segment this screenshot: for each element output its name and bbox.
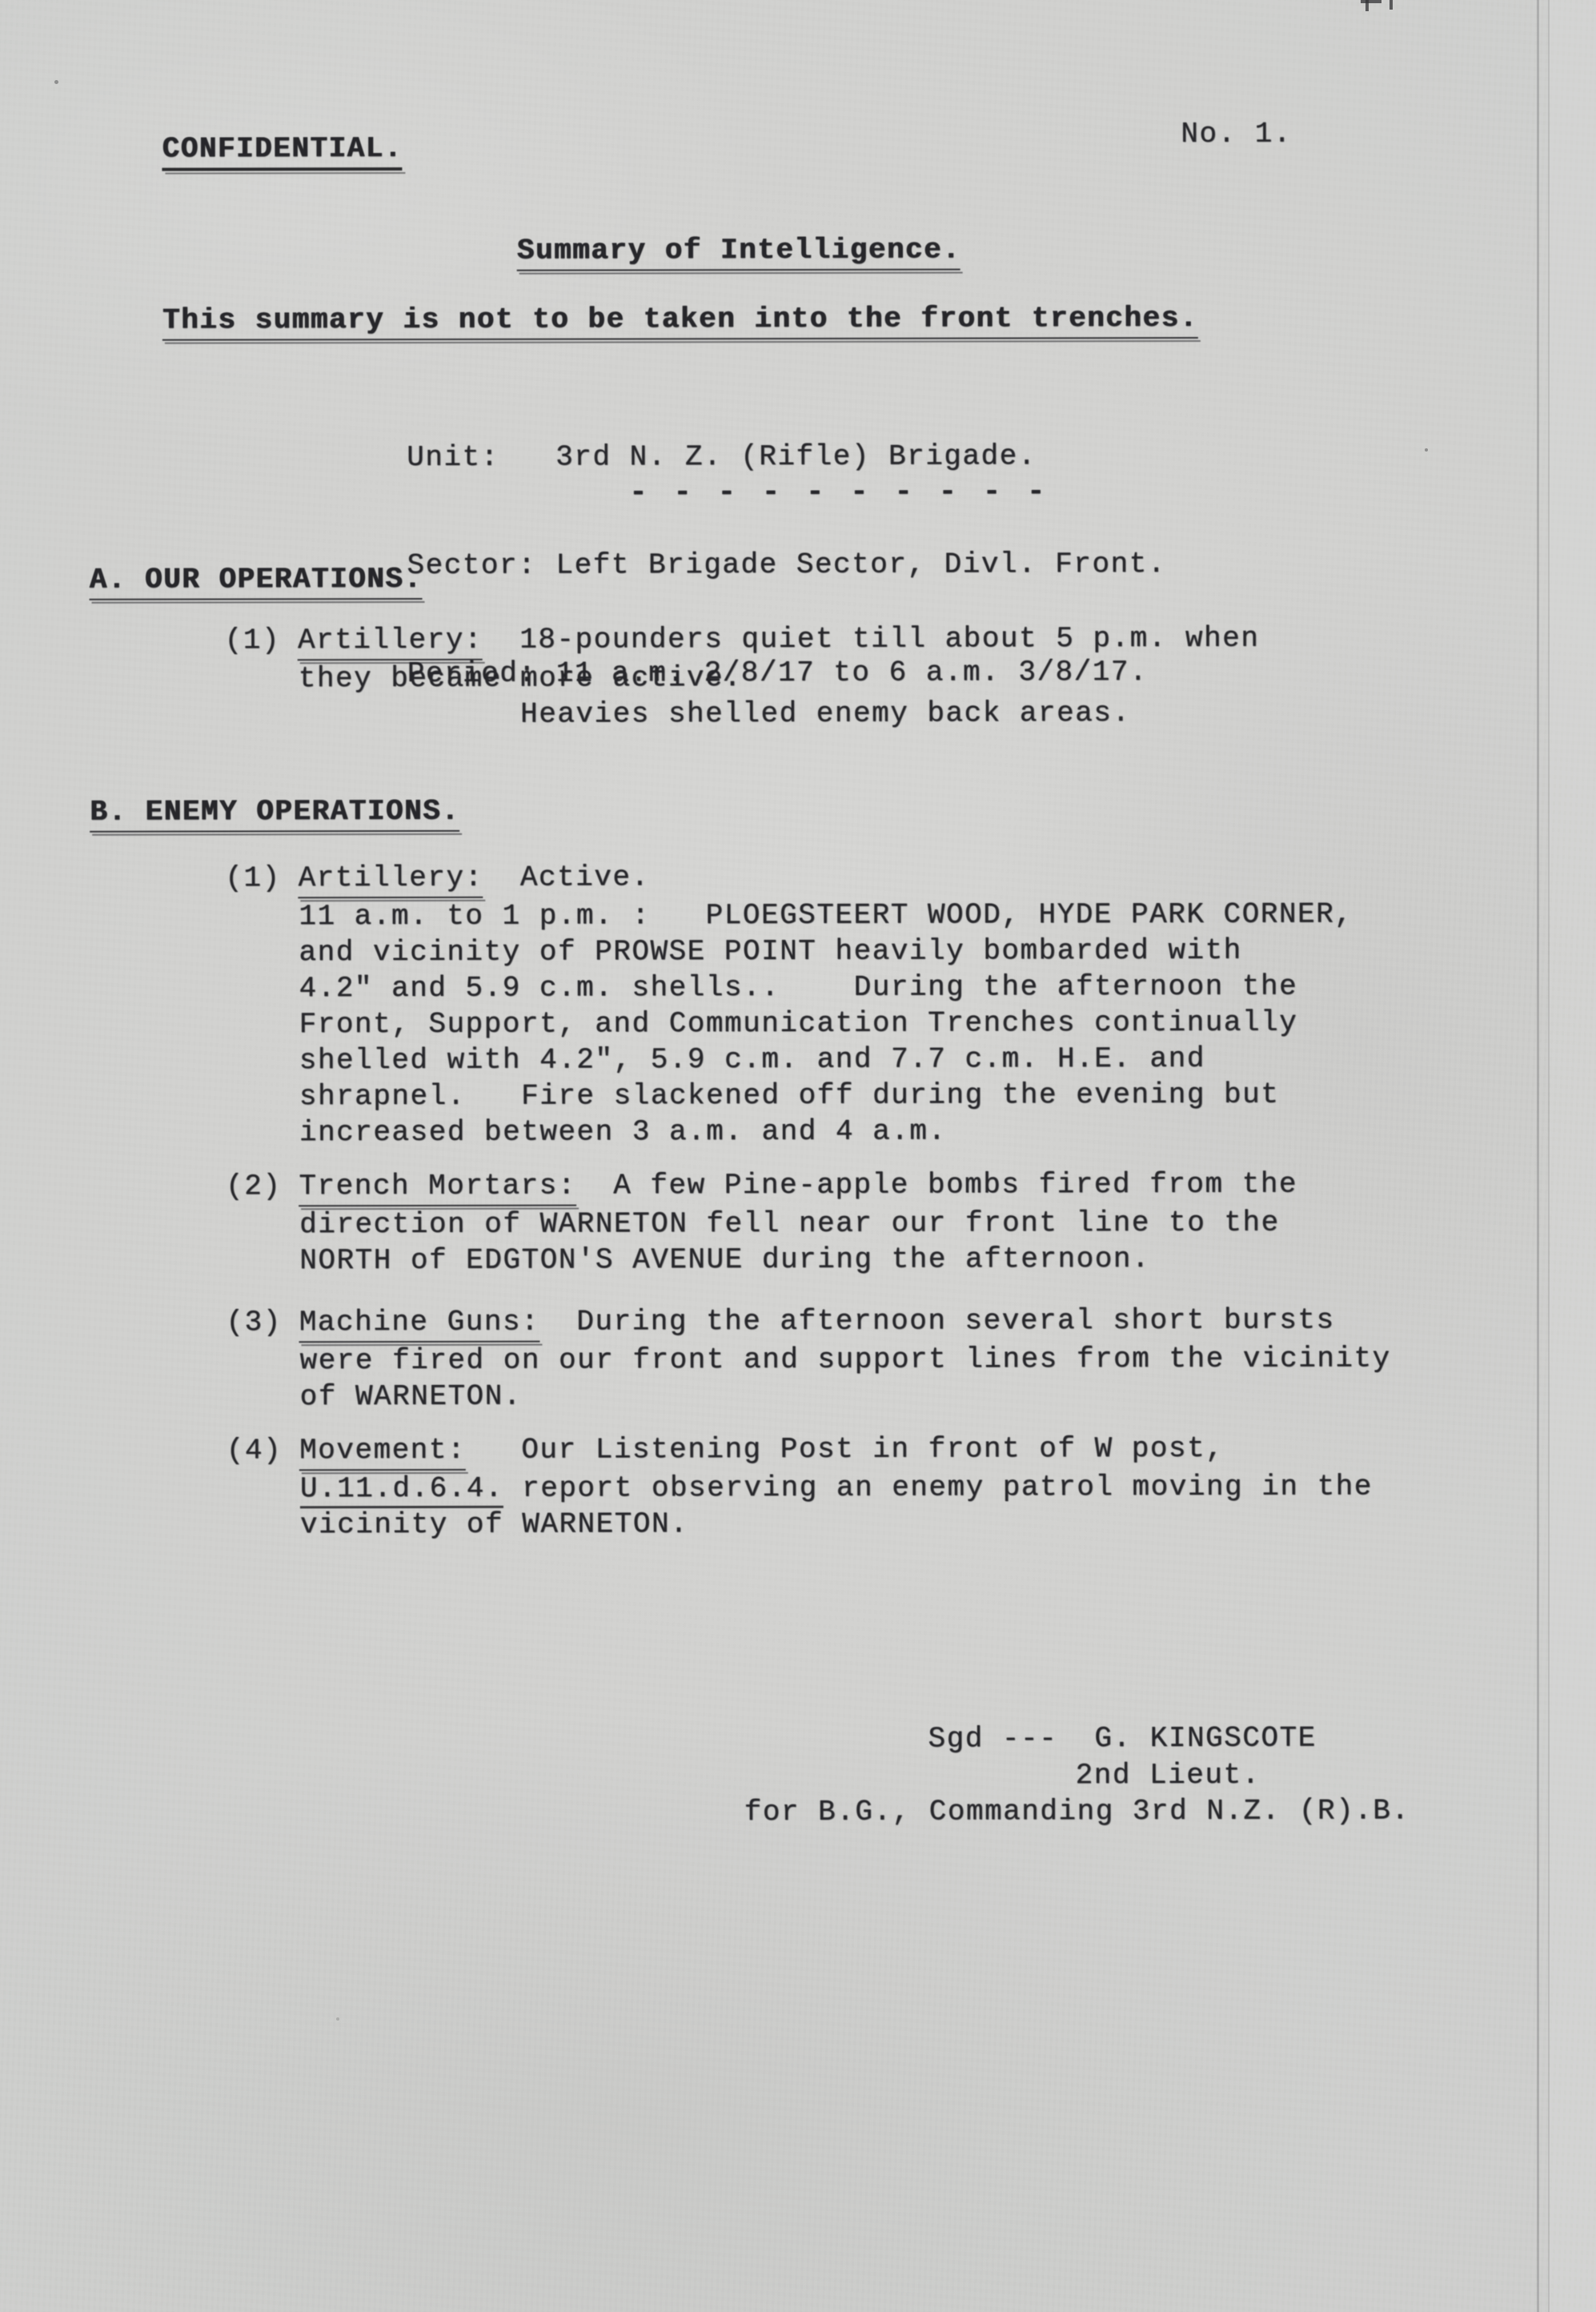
document-title: Summary of Intelligence. [517, 232, 961, 271]
section-b-heading-wrap: B. ENEMY OPERATIONS. [90, 793, 459, 833]
section-b-item-3: (3)Machine Guns: During the afternoon se… [226, 1302, 1390, 1415]
item-marker: (2) [226, 1170, 281, 1202]
item-label: Artillery: [298, 622, 483, 660]
item-label: Trench Mortars: [299, 1168, 576, 1207]
item-label: Machine Guns: [299, 1304, 539, 1343]
item-first-line: (3)Machine Guns: During the afternoon se… [226, 1302, 1390, 1343]
section-b-item-2: (2)Trench Mortars: A few Pine-apple bomb… [226, 1166, 1297, 1279]
signature-signed-line: Sgd --- G. KINGSCOTE [928, 1720, 1316, 1757]
document-number: No. 1. [1181, 116, 1292, 152]
item-continuation: were fired on our front and support line… [299, 1340, 1390, 1415]
item-first-line: (1)Artillery: Active. [225, 858, 1353, 899]
signature-rank-line: 2nd Lieut. [1076, 1757, 1261, 1793]
admonition-text: This summary is not to be taken into the… [162, 300, 1198, 341]
section-b-item-1: (1)Artillery: Active. 11 a.m. to 1 p.m. … [225, 858, 1353, 1151]
meta-label-sector: Sector: [407, 548, 555, 584]
admonition-wrap: This summary is not to be taken into the… [162, 300, 1198, 341]
item-first-text: 18-pounders quiet till about 5 p.m. when [483, 622, 1259, 656]
item-marker: (4) [227, 1434, 282, 1467]
item-first-text: A few Pine-apple bombs fired from the [576, 1168, 1297, 1202]
item-first-text: Active. [483, 861, 650, 893]
classification-header: CONFIDENTIAL. [162, 130, 402, 171]
typewritten-content-layer: CONFIDENTIAL. No. 1. Summary of Intellig… [0, 0, 1596, 2312]
item-first-line: (4)Movement: Our Listening Post in front… [227, 1430, 1373, 1471]
item-first-line: (1)Artillery: 18-pounders quiet till abo… [225, 620, 1260, 661]
item-marker: (1) [225, 624, 280, 656]
document-title-wrap: Summary of Intelligence. [517, 232, 961, 271]
item-label: Artillery: [299, 860, 483, 898]
classification-label: CONFIDENTIAL. [162, 130, 402, 171]
dashed-separator: - - - - - - - - - - [629, 473, 1049, 510]
section-a-heading: A. OUR OPERATIONS. [89, 561, 422, 600]
meta-value-sector: Left Brigade Sector, Divl. Front. [555, 548, 1166, 582]
section-b-item-4: (4)Movement: Our Listening Post in front… [227, 1430, 1373, 1543]
item-first-text: During the afternoon several short burst… [539, 1304, 1335, 1339]
section-a-item-1: (1)Artillery: 18-pounders quiet till abo… [225, 620, 1260, 733]
item-first-line: (2)Trench Mortars: A few Pine-apple bomb… [226, 1166, 1297, 1207]
meta-row-unit: Unit:3rd N. Z. (Rifle) Brigade. [407, 438, 1166, 476]
item-marker: (3) [226, 1306, 281, 1339]
meta-value-unit: 3rd N. Z. (Rifle) Brigade. [555, 440, 1037, 473]
map-reference: U.11.d.6.4. [300, 1472, 503, 1509]
meta-label-unit: Unit: [407, 440, 555, 476]
item-continuation: direction of WARNETON fell near our fron… [299, 1205, 1297, 1279]
item-continuation: 11 a.m. to 1 p.m. : PLOEGSTEERT WOOD, HY… [299, 897, 1353, 1151]
item-first-text: Our Listening Post in front of W post, [466, 1432, 1224, 1467]
meta-row-sector: Sector:Left Brigade Sector, Divl. Front. [407, 546, 1166, 584]
item-continuation: U.11.d.6.4. report observing an enemy pa… [300, 1468, 1373, 1543]
item-label: Movement: [299, 1432, 466, 1471]
item-marker: (1) [225, 861, 280, 894]
signature-for-line: for B.G., Commanding 3rd N.Z. (R).B. [744, 1792, 1410, 1830]
scanned-document-page: CONFIDENTIAL. No. 1. Summary of Intellig… [0, 0, 1596, 2312]
section-a-heading-wrap: A. OUR OPERATIONS. [89, 561, 422, 600]
item-continuation: they became more active. Heavies shelled… [299, 659, 1260, 733]
section-b-heading: B. ENEMY OPERATIONS. [90, 793, 459, 833]
